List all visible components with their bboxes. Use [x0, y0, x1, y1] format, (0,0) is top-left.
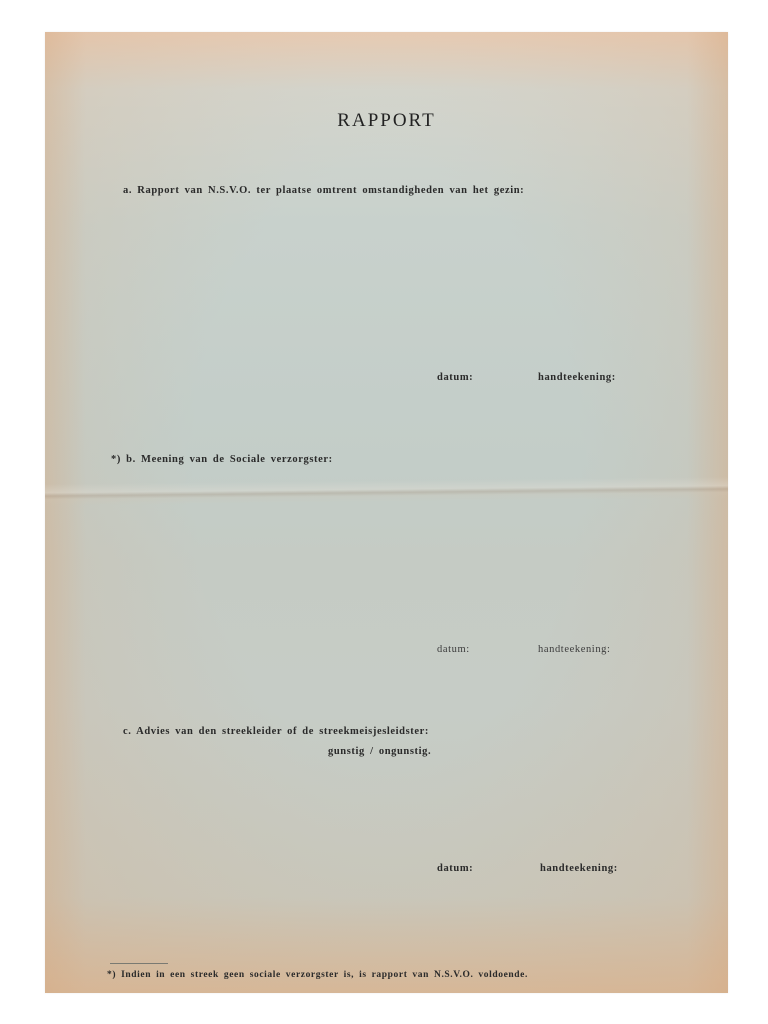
- section-a-datum-label: datum:: [437, 372, 473, 383]
- section-a-prompt: a. Rapport van N.S.V.O. ter plaatse omtr…: [123, 185, 524, 196]
- section-c-prompt: c. Advies van den streekleider of de str…: [123, 726, 429, 737]
- section-b-signature-label: handteekening:: [538, 644, 611, 655]
- footnote-divider: [110, 963, 168, 964]
- footnote: *) Indien in een streek geen sociale ver…: [107, 970, 528, 980]
- section-c-datum-label: datum:: [437, 863, 473, 874]
- form-page: RAPPORT a. Rapport van N.S.V.O. ter plaa…: [45, 32, 728, 993]
- fold-crease: [45, 477, 728, 506]
- section-c-signature-label: handteekening:: [540, 863, 618, 874]
- section-b-prompt: *) b. Meening van de Sociale verzorgster…: [111, 454, 333, 465]
- section-a-signature-label: handteekening:: [538, 372, 616, 383]
- section-c-options: gunstig / ongunstig.: [328, 746, 431, 757]
- page-title: RAPPORT: [45, 110, 728, 132]
- section-b-datum-label: datum:: [437, 644, 470, 655]
